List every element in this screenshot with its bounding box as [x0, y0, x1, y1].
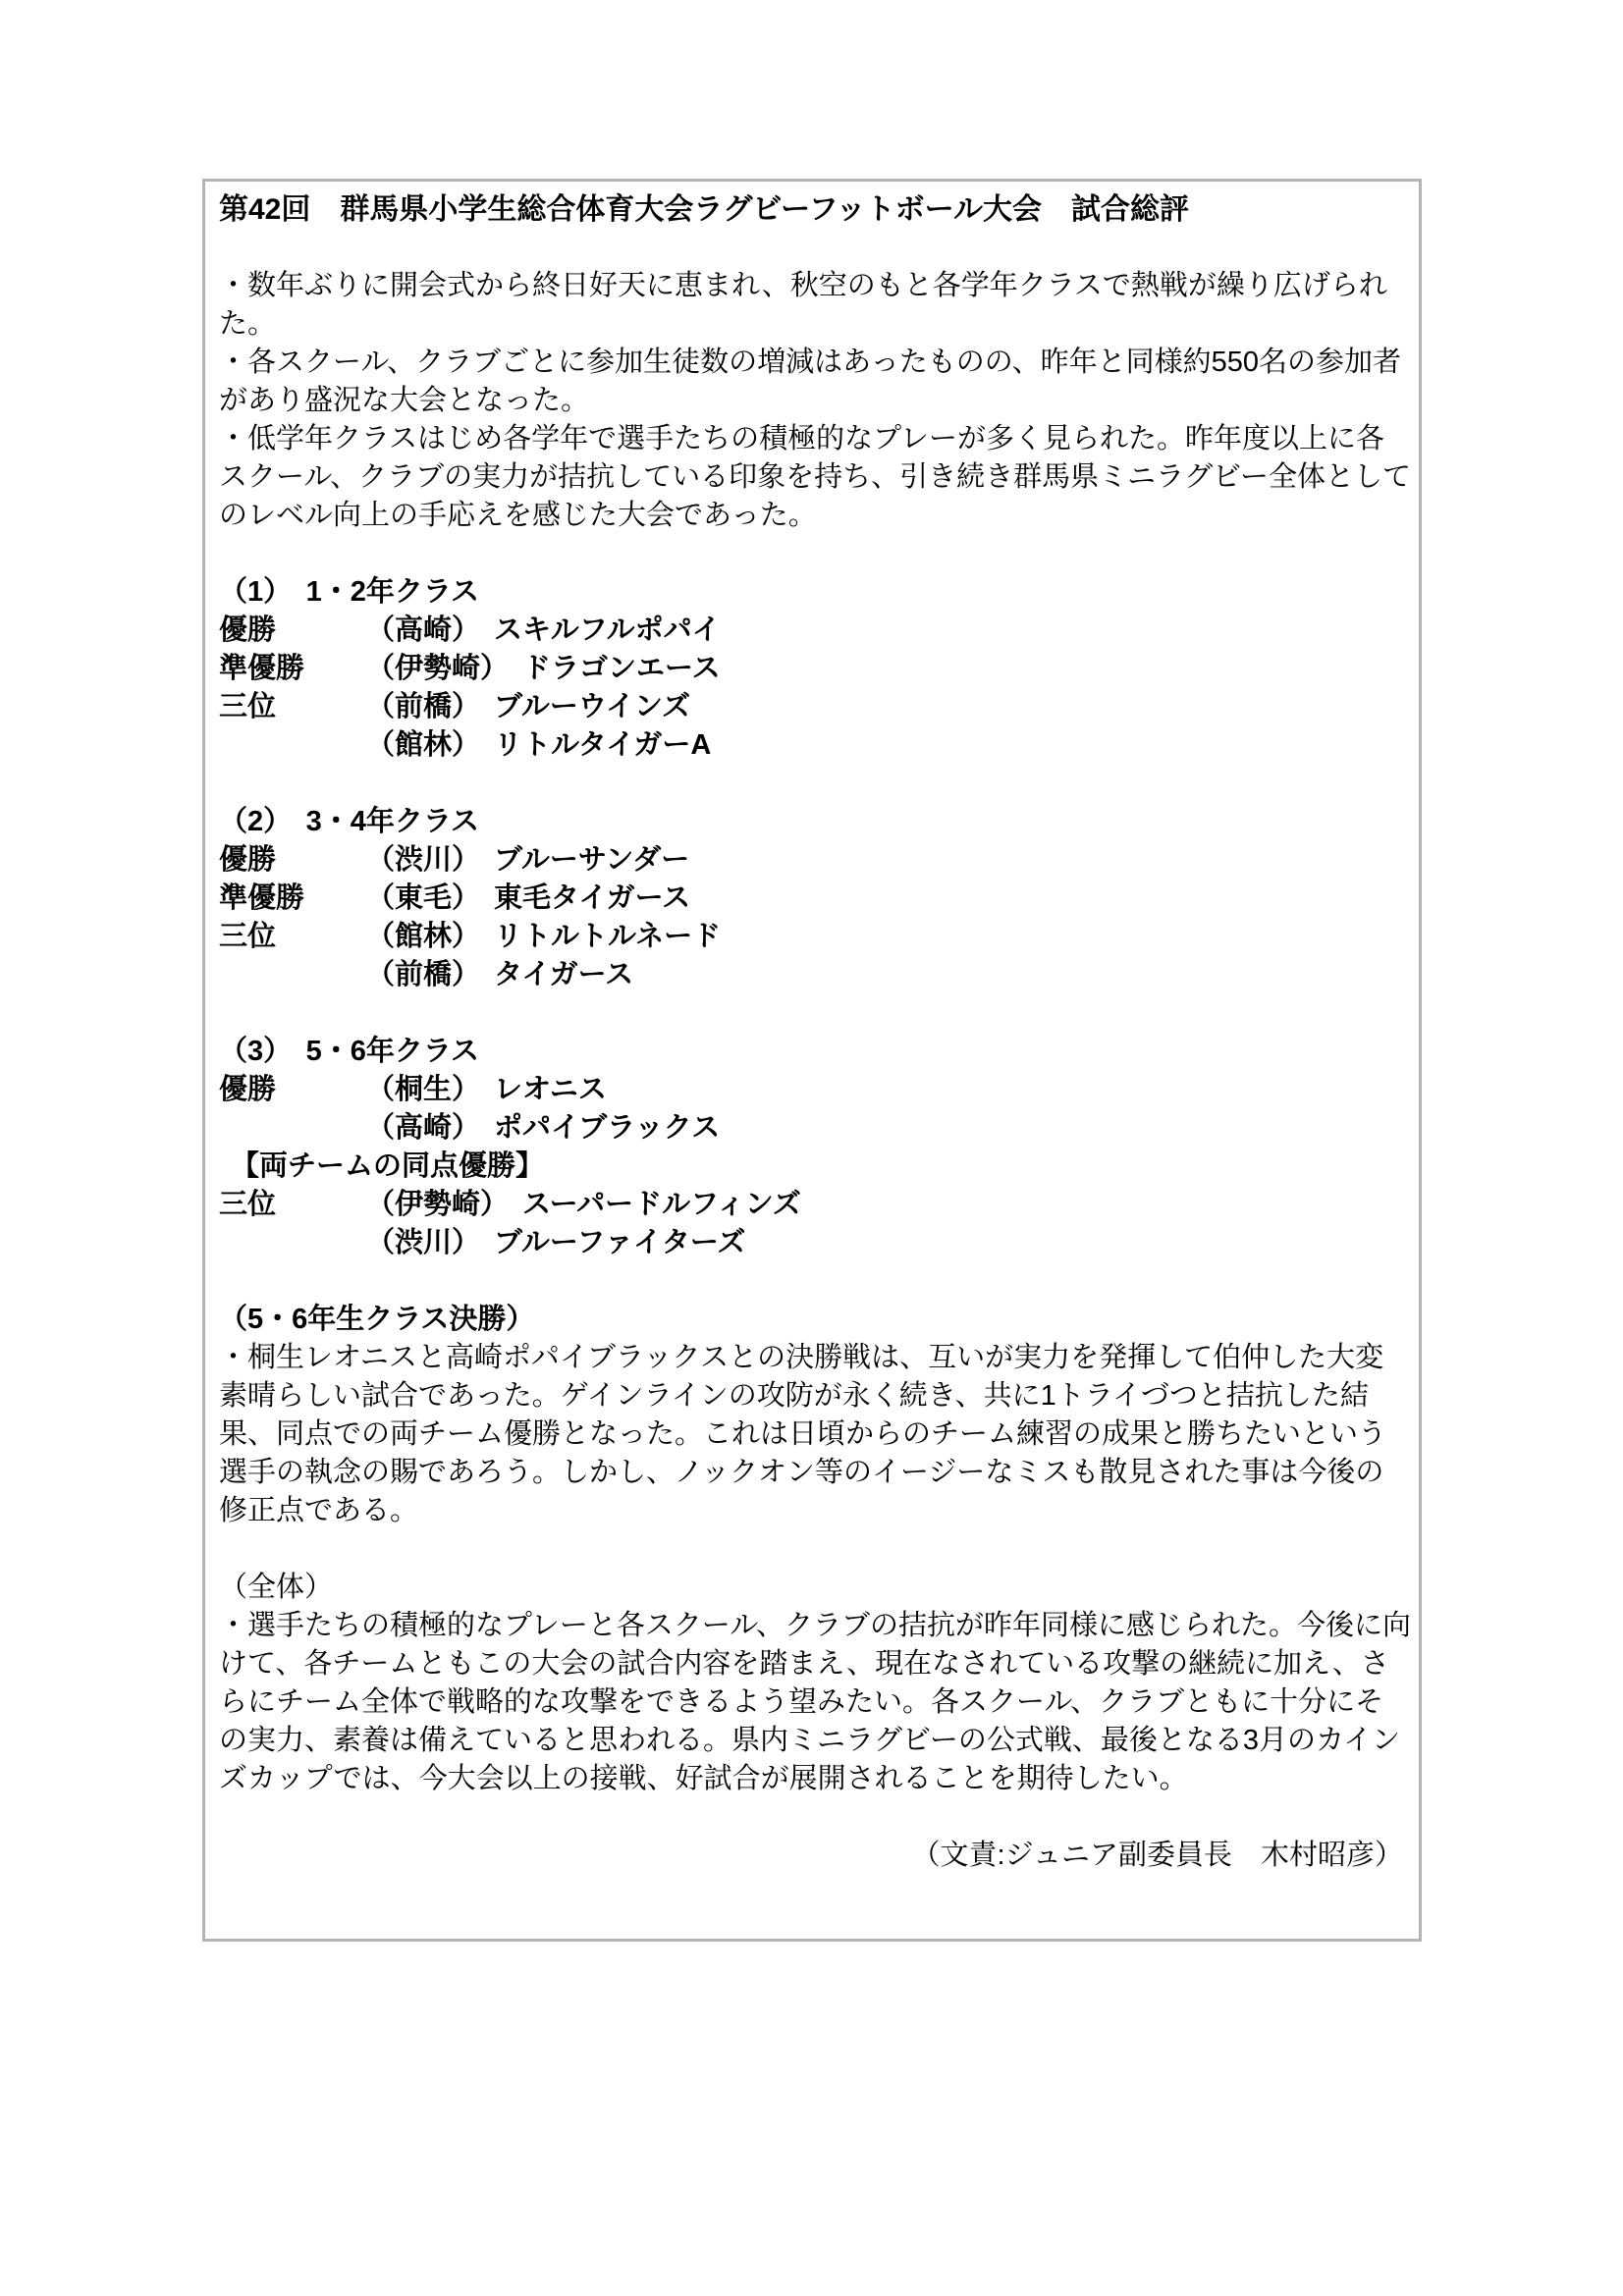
rank-cell: 三位 [219, 918, 366, 956]
rank-cell: 優勝 [219, 1071, 366, 1109]
final-match-heading: （5・6年生クラス決勝） [219, 1301, 1411, 1339]
result-row: 三位（前橋）ブルーウインズ [219, 688, 1411, 726]
intro-bullet-2: ・各スクール、クラブごとに参加生徒数の増減はあったものの、昨年と同様約550名の… [219, 344, 1411, 420]
intro-bullet-1: ・数年ぶりに開会式から終日好天に恵まれ、秋空のもと各学年クラスで熱戦が繰り広げら… [219, 267, 1411, 344]
venue-cell: （前橋） [366, 956, 480, 994]
blank-line [219, 994, 1411, 1033]
team-cell: ブルーファイターズ [494, 1224, 745, 1262]
venue-cell: （館林） [366, 726, 480, 765]
team-cell: タイガース [494, 956, 633, 994]
blank-line [219, 1530, 1411, 1569]
result-row: （高崎）ポパイブラックス [219, 1109, 1411, 1148]
team-cell: ブルーサンダー [494, 841, 689, 880]
rank-cell [219, 1109, 366, 1148]
rank-cell: 三位 [219, 688, 366, 726]
venue-cell: （高崎） [366, 1109, 480, 1148]
rank-cell: 優勝 [219, 841, 366, 880]
venue-cell: （前橋） [366, 688, 480, 726]
venue-cell: （高崎） [366, 612, 480, 650]
team-cell: ポパイブラックス [494, 1109, 720, 1148]
page-title: 第42回 群馬県小学生総合体育大会ラグビーフットボール大会 試合総評 [219, 190, 1411, 229]
team-cell: スキルフルポパイ [494, 612, 721, 650]
tie-champions-note: 【両チームの同点優勝】 [219, 1148, 1411, 1186]
rank-cell: 三位 [219, 1186, 366, 1224]
result-row: （館林）リトルタイガーA [219, 726, 1411, 765]
blank-line [219, 1798, 1411, 1837]
venue-cell: （館林） [366, 918, 480, 956]
blank-line [219, 229, 1411, 267]
overall-heading: （全体） [219, 1569, 1411, 1607]
team-cell: ブルーウインズ [494, 688, 690, 726]
result-row: （渋川）ブルーファイターズ [219, 1224, 1411, 1262]
venue-cell: （東毛） [366, 880, 480, 918]
blank-line [219, 1262, 1411, 1301]
class-section-heading-2: （2） 3・4年クラス [219, 803, 1411, 841]
result-row: 三位（伊勢崎）スーパードルフィンズ [219, 1186, 1411, 1224]
rank-cell: 準優勝 [219, 880, 366, 918]
result-row: 三位（館林）リトルトルネード [219, 918, 1411, 956]
rank-cell [219, 726, 366, 765]
venue-cell: （渋川） [366, 1224, 480, 1262]
rank-cell: 優勝 [219, 612, 366, 650]
intro-bullet-3: ・低学年クラスはじめ各学年で選手たちの積極的なプレーが多く見られた。昨年度以上に… [219, 420, 1411, 535]
venue-cell: （伊勢崎） [366, 1186, 509, 1224]
venue-cell: （渋川） [366, 841, 480, 880]
rank-cell [219, 1224, 366, 1262]
venue-cell: （桐生） [366, 1071, 480, 1109]
result-row: 準優勝（伊勢崎）ドラゴンエース [219, 650, 1411, 688]
result-row: （前橋）タイガース [219, 956, 1411, 994]
venue-cell: （伊勢崎） [366, 650, 509, 688]
result-row: 準優勝（東毛）東毛タイガース [219, 880, 1411, 918]
blank-line [219, 765, 1411, 803]
rank-cell [219, 956, 366, 994]
result-row: 優勝（渋川）ブルーサンダー [219, 841, 1411, 880]
team-cell: ドラゴンエース [522, 650, 721, 688]
team-cell: リトルタイガーA [494, 726, 711, 765]
team-cell: リトルトルネード [494, 918, 721, 956]
class-section-heading-3: （3） 5・6年クラス [219, 1033, 1411, 1071]
team-cell: 東毛タイガース [494, 880, 690, 918]
overall-paragraph: ・選手たちの積極的なプレーと各スクール、クラブの拮抗が昨年同様に感じられた。今後… [219, 1607, 1411, 1798]
document-border-box: 第42回 群馬県小学生総合体育大会ラグビーフットボール大会 試合総評 ・数年ぶり… [202, 179, 1422, 1942]
signature-line: （文責:ジュニア副委員長 木村昭彦） [219, 1837, 1411, 1875]
rank-cell: 準優勝 [219, 650, 366, 688]
team-cell: レオニス [494, 1071, 607, 1109]
final-match-paragraph: ・桐生レオニスと高崎ポパイブラックスとの決勝戦は、互いが実力を発揮して伯仲した大… [219, 1339, 1411, 1530]
result-row: 優勝（桐生）レオニス [219, 1071, 1411, 1109]
team-cell: スーパードルフィンズ [522, 1186, 801, 1224]
blank-line [219, 535, 1411, 573]
class-section-heading-1: （1） 1・2年クラス [219, 573, 1411, 612]
result-row: 優勝（高崎）スキルフルポパイ [219, 612, 1411, 650]
